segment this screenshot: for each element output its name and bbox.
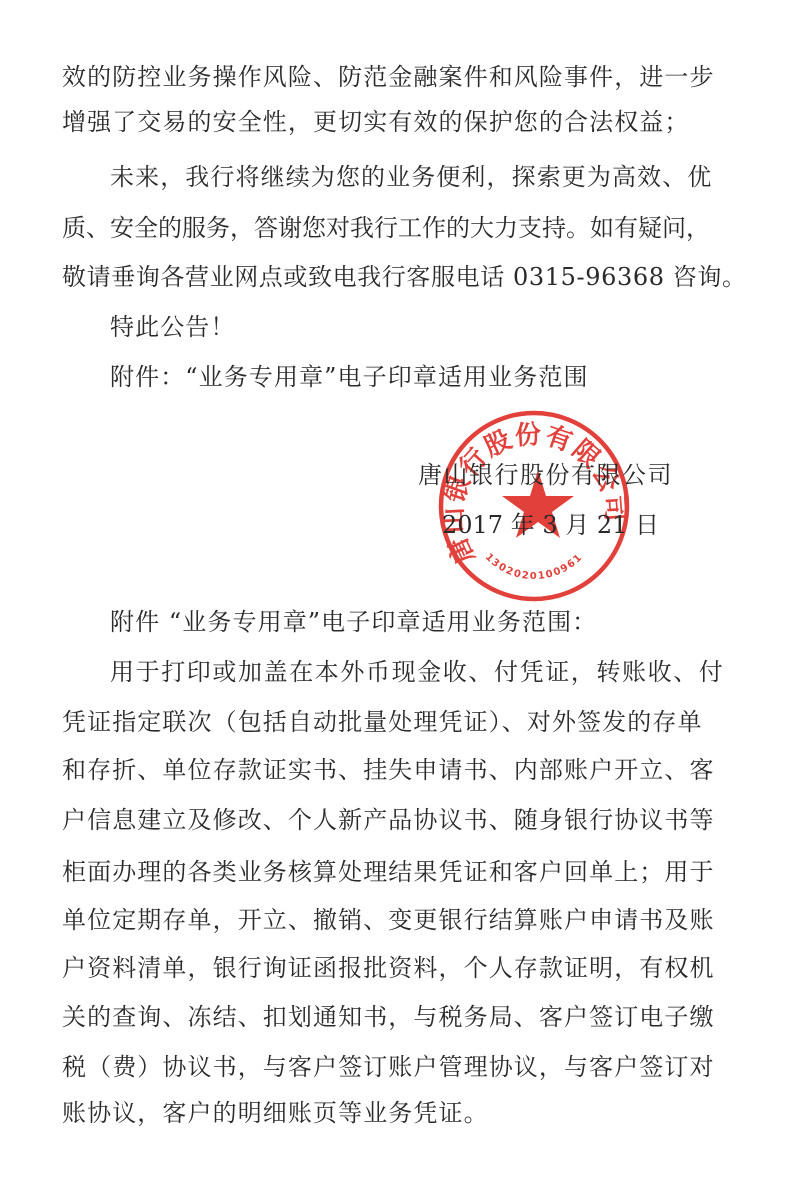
attachment-line: 用于打印或加盖在本外币现金收、付凭证，转账收、付 (110, 657, 770, 687)
paragraph-line: 未来，我行将继续为您的业务便利，探索更为高效、优 (110, 162, 770, 192)
attachment-line: 户信息建立及修改、个人新产品协议书、随身银行协议书等 (62, 805, 722, 835)
attachment-line: 柜面办理的各类业务核算处理结果凭证和客户回单上；用于 (62, 857, 722, 887)
company-seal-stamp: 唐山银行股份有限公司 1302020100961 (436, 408, 632, 604)
paragraph-line: 效的防控业务操作风险、防范金融案件和风险事件，进一步 (62, 62, 722, 92)
attachment-line: 关的查询、冻结、扣划通知书，与税务局、客户签订电子缴 (62, 1002, 722, 1032)
paragraph-line: 增强了交易的安全性，更切实有效的保护您的合法权益； (62, 107, 722, 137)
attachment-line: 税（费）协议书，与客户签订账户管理协议，与客户签订对 (62, 1052, 722, 1082)
attachment-line: 凭证指定联次（包括自动批量处理凭证）、对外签发的存单 (62, 707, 722, 737)
svg-text:1302020100961: 1302020100961 (483, 552, 585, 582)
document-page: 效的防控业务操作风险、防范金融案件和风险事件，进一步 增强了交易的安全性，更切实… (0, 0, 800, 1181)
signature-company: 唐山银行股份有限公司 (418, 460, 673, 490)
attachment-title: 附件 “业务专用章”电子印章适用业务范围： (110, 607, 770, 637)
paragraph-line: 质、安全的服务，答谢您对我行工作的大力支持。如有疑问， (62, 213, 722, 243)
closing-text: 特此公告！ (110, 312, 770, 342)
attachment-line: 账协议，客户的明细账页等业务凭证。 (62, 1098, 722, 1128)
attachment-line: 和存折、单位存款证实书、挂失申请书、内部账户开立、客 (62, 755, 722, 785)
attachment-line: 单位定期存单，开立、撤销、变更银行结算账户申请书及账 (62, 905, 722, 935)
stamp-number: 1302020100961 (483, 552, 585, 582)
attachment-reference: 附件：“业务专用章”电子印章适用业务范围 (110, 362, 770, 392)
attachment-line: 户资料清单，银行询证函报批资料，个人存款证明，有权机 (62, 953, 722, 983)
paragraph-line: 敬请垂询各营业网点或致电我行客服电话 0315-96368 咨询。 (62, 262, 722, 292)
signature-date: 2017 年 3 月 21 日 (442, 510, 659, 540)
